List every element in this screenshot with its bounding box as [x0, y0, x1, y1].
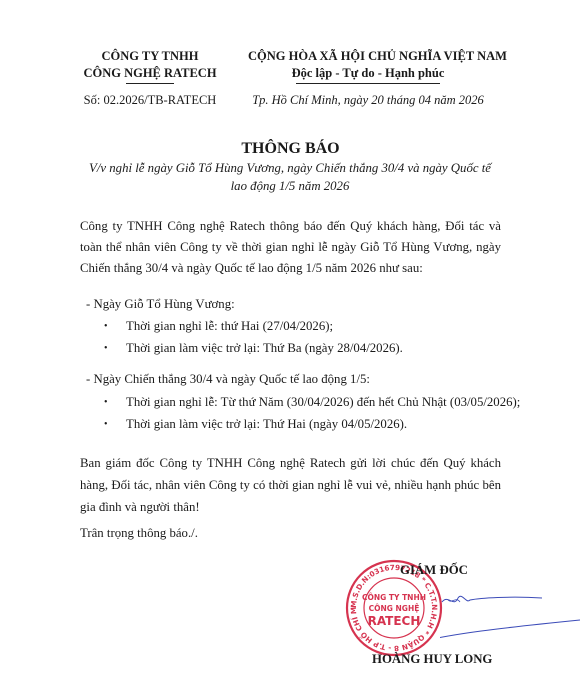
subject-line1: V/v nghỉ lễ ngày Giỗ Tổ Hùng Vương, ngày… — [80, 159, 500, 177]
svg-text:RATECH: RATECH — [368, 614, 421, 628]
signatory-name: HOÀNG HUY LONG — [372, 652, 492, 667]
company-name-line2: CÔNG NGHỆ RATECH — [70, 65, 230, 82]
bullet-icon: • — [104, 419, 116, 430]
nation-title: CỘNG HÒA XÃ HỘI CHỦ NGHĨA VIỆT NAM — [248, 48, 488, 65]
company-name-line1: CÔNG TY TNHH — [70, 48, 230, 65]
faint-bleed-through — [150, 22, 450, 36]
subject-line2: lao động 1/5 năm 2026 — [80, 177, 500, 195]
svg-text:CÔNG NGHỆ: CÔNG NGHỆ — [369, 604, 420, 613]
signatory-title: GIÁM ĐỐC — [400, 563, 468, 578]
document-title: THÔNG BÁO — [0, 140, 581, 158]
motto-underline — [296, 83, 440, 84]
nation-block: CỘNG HÒA XÃ HỘI CHỦ NGHĨA VIỆT NAM Độc l… — [248, 48, 488, 84]
place-date: Tp. Hồ Chí Minh, ngày 20 tháng 04 năm 20… — [248, 93, 488, 108]
closing-line: Trân trọng thông báo./. — [80, 526, 198, 541]
bullet-icon: • — [104, 397, 116, 408]
section-heading-1: - Ngày Giỗ Tổ Hùng Vương: — [86, 297, 235, 312]
intro-paragraph: Công ty TNHH Công nghệ Ratech thông báo … — [80, 216, 501, 279]
list-item: •Thời gian làm việc trở lại: Thứ Hai (ng… — [104, 417, 407, 432]
document-number: Số: 02.2026/TB-RATECH — [70, 93, 230, 108]
company-block: CÔNG TY TNHH CÔNG NGHỆ RATECH — [70, 48, 230, 84]
section-heading-2: - Ngày Chiến thắng 30/4 và ngày Quốc tế … — [86, 372, 370, 387]
wishes-paragraph: Ban giám đốc Công ty TNHH Công nghệ Rate… — [80, 452, 501, 518]
list-item: •Thời gian làm việc trở lại: Thứ Ba (ngà… — [104, 341, 403, 356]
bullet-icon: • — [104, 321, 116, 332]
national-motto: Độc lập - Tự do - Hạnh phúc — [248, 65, 488, 82]
list-item: •Thời gian nghỉ lễ: thứ Hai (27/04/2026)… — [104, 319, 333, 334]
document-subject: V/v nghỉ lễ ngày Giỗ Tổ Hùng Vương, ngày… — [80, 159, 500, 195]
bullet-icon: • — [104, 343, 116, 354]
signature-scribble — [440, 590, 581, 650]
company-underline — [126, 83, 174, 84]
list-item: •Thời gian nghỉ lễ: Từ thứ Năm (30/04/20… — [104, 395, 520, 410]
svg-text:CÔNG TY TNHH: CÔNG TY TNHH — [362, 593, 426, 602]
